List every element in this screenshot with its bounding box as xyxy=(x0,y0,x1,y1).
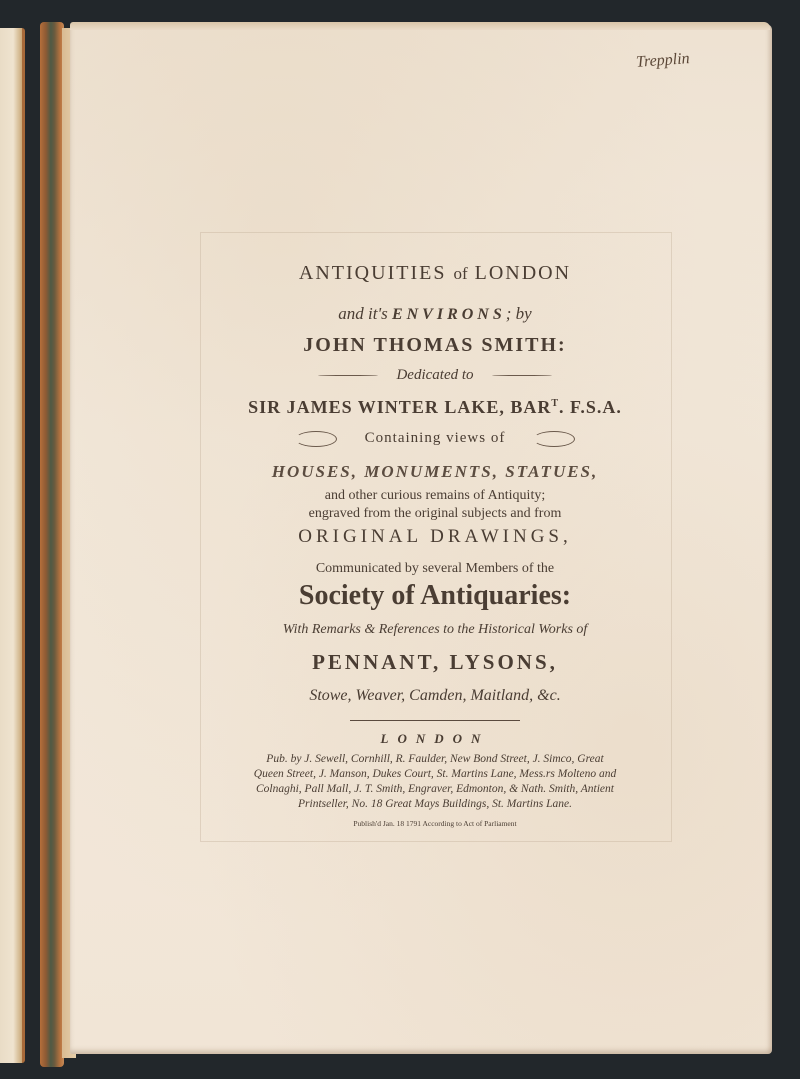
dedicatee-sup: T xyxy=(551,398,559,409)
description-line-2: engraved from the original subjects and … xyxy=(200,506,670,522)
book-spine xyxy=(40,22,64,1067)
adjacent-page-edge xyxy=(0,28,25,1063)
publication-date-line: Publish'd Jan. 18 1791 According to Act … xyxy=(200,819,670,828)
subjects-line: HOUSES, MONUMENTS, STATUES, xyxy=(200,462,670,482)
imprint-line-4: Printseller, No. 18 Great Mays Buildings… xyxy=(200,798,670,810)
title-line-2-pre: and it's xyxy=(338,304,387,323)
other-authors-line: Stowe, Weaver, Camden, Maitland, &c. xyxy=(200,687,670,705)
right-swash-ornament xyxy=(492,375,552,376)
imprint-line-1: Pub. by J. Sewell, Cornhill, R. Faulder,… xyxy=(200,753,670,765)
title-line-2: and it's ENVIRONS; by xyxy=(200,304,670,324)
place-of-publication: LONDON xyxy=(200,731,670,747)
left-swash-ornament xyxy=(318,375,378,376)
dedicatee-name: SIR JAMES WINTER LAKE, BAR xyxy=(248,397,551,417)
remarks-line: With Remarks & References to the Histori… xyxy=(200,622,670,638)
containing-text: Containing views of xyxy=(365,430,506,446)
imprint-line-2: Queen Street, J. Manson, Dukes Court, St… xyxy=(200,768,670,780)
title-word-environs: ENVIRONS xyxy=(392,306,506,323)
communicated-line: Communicated by several Members of the xyxy=(200,561,670,577)
title-word-of: of xyxy=(453,264,467,283)
divider-rule xyxy=(350,720,520,721)
title-word-london: LONDON xyxy=(475,262,571,284)
dedication-line: Dedicated to xyxy=(200,367,670,384)
dedicatee-line: SIR JAMES WINTER LAKE, BART. F.S.A. xyxy=(200,397,670,418)
page-top-edge xyxy=(70,22,770,30)
author-name: JOHN THOMAS SMITH: xyxy=(200,334,670,357)
description-line-1: and other curious remains of Antiquity; xyxy=(200,488,670,504)
title-line-1: ANTIQUITIES of LONDON xyxy=(200,262,670,285)
containing-line: Containing views of xyxy=(200,430,670,447)
right-loop-ornament xyxy=(533,431,575,447)
title-word-antiquities: ANTIQUITIES xyxy=(299,262,447,284)
imprint-line-3: Colnaghi, Pall Mall, J. T. Smith, Engrav… xyxy=(200,783,670,795)
dedicatee-post: . F.S.A. xyxy=(559,397,622,417)
left-loop-ornament xyxy=(295,431,337,447)
handwritten-note: Trepplin xyxy=(635,50,690,72)
title-line-2-post: ; by xyxy=(506,304,532,323)
dedicated-to-text: Dedicated to xyxy=(396,367,473,383)
original-drawings-line: ORIGINAL DRAWINGS, xyxy=(200,526,670,548)
authors-line: PENNANT, LYSONS, xyxy=(200,650,670,675)
society-line: Society of Antiquaries: xyxy=(200,580,670,612)
